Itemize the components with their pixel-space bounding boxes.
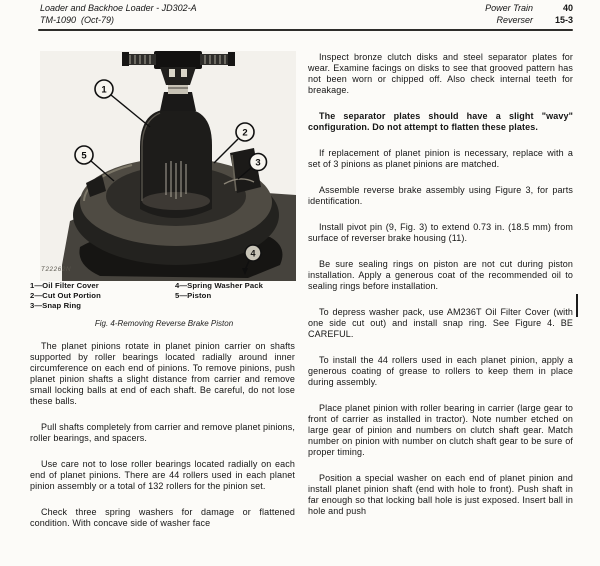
paragraph: Place planet pinion with roller bearing …	[308, 403, 573, 458]
piston-neck	[160, 92, 196, 111]
paragraph: The planet pinions rotate in planet pini…	[30, 341, 295, 407]
callout-3: 3	[250, 154, 267, 171]
callout-5-number: 5	[81, 150, 87, 161]
paragraph: Be sure sealing rings on piston are not …	[308, 259, 573, 292]
clamp-right-cap	[228, 52, 235, 66]
paragraph: Install pivot pin (9, Fig. 3) to extend …	[308, 222, 573, 244]
right-column: Inspect bronze clutch disks and steel se…	[308, 52, 573, 532]
callout-4-number: 4	[250, 248, 255, 258]
callout-2-number: 2	[242, 127, 247, 138]
photo-id-code: T22262N	[41, 266, 71, 273]
legend-item-5: 5—Piston	[175, 291, 263, 301]
paragraph: Position a special washer on each end of…	[308, 473, 573, 517]
legend-item-4: 4—Spring Washer Pack	[175, 281, 263, 291]
clamp-center-block	[154, 51, 202, 69]
figure-legend: 1—Oil Filter Cover 2—Cut Out Portion 3—S…	[30, 281, 298, 311]
figure-4-photo: 1 2 3 4 5 T22262N	[40, 51, 296, 281]
callout-5: 5	[75, 146, 93, 164]
paragraph-emphasis: The separator plates should have a sligh…	[308, 111, 573, 133]
paragraph: To install the 44 rollers used in each p…	[308, 355, 573, 388]
manual-number: TM-1090 (Oct-79)	[40, 15, 197, 27]
paragraph: If replacement of planet pinion is neces…	[308, 148, 573, 170]
callout-4: 4	[245, 245, 261, 261]
clevis-notch-left	[169, 69, 175, 77]
callout-3-number: 3	[255, 157, 260, 168]
reverse-brake-piston-photo: 1 2 3 4 5 T22262N	[40, 51, 296, 281]
callout-1-number: 1	[101, 84, 107, 95]
paragraph: Assemble reverse brake assembly using Fi…	[308, 185, 573, 207]
clamp-left-cap	[122, 52, 129, 66]
paragraph: Use care not to lose roller bearings loc…	[30, 459, 295, 492]
revision-change-bar	[576, 294, 578, 317]
manual-page: { "header": { "left_line1": "Loader and …	[0, 0, 600, 566]
paragraph: Check three spring washers for damage or…	[30, 507, 295, 529]
legend-column-2: 4—Spring Washer Pack 5—Piston	[175, 281, 263, 301]
paragraph: Pull shafts completely from carrier and …	[30, 422, 295, 444]
header-subsection-row: Reverser 15-3	[485, 15, 573, 27]
header-section-row: Power Train 40	[485, 3, 573, 15]
legend-item-3: 3—Snap Ring	[30, 301, 298, 311]
header-right: Power Train 40 Reverser 15-3	[485, 3, 573, 26]
figure-caption: Fig. 4-Removing Reverse Brake Piston	[30, 319, 298, 328]
section-name: Power Train	[485, 3, 533, 15]
subsection-name: Reverser	[496, 15, 533, 27]
manual-title: Loader and Backhoe Loader - JD302-A	[40, 3, 197, 15]
header-left: Loader and Backhoe Loader - JD302-A TM-1…	[40, 3, 197, 26]
callout-2: 2	[236, 123, 254, 141]
callout-1: 1	[95, 80, 113, 98]
header-rule	[38, 29, 573, 31]
section-number: 40	[547, 3, 573, 15]
paragraph: To depress washer pack, use AM236T Oil F…	[308, 307, 573, 340]
clamp-clevis	[160, 67, 196, 85]
page-number: 15-3	[547, 15, 573, 27]
paragraph: Inspect bronze clutch disks and steel se…	[308, 52, 573, 96]
left-column: The planet pinions rotate in planet pini…	[30, 341, 295, 544]
clevis-notch-right	[181, 69, 187, 77]
